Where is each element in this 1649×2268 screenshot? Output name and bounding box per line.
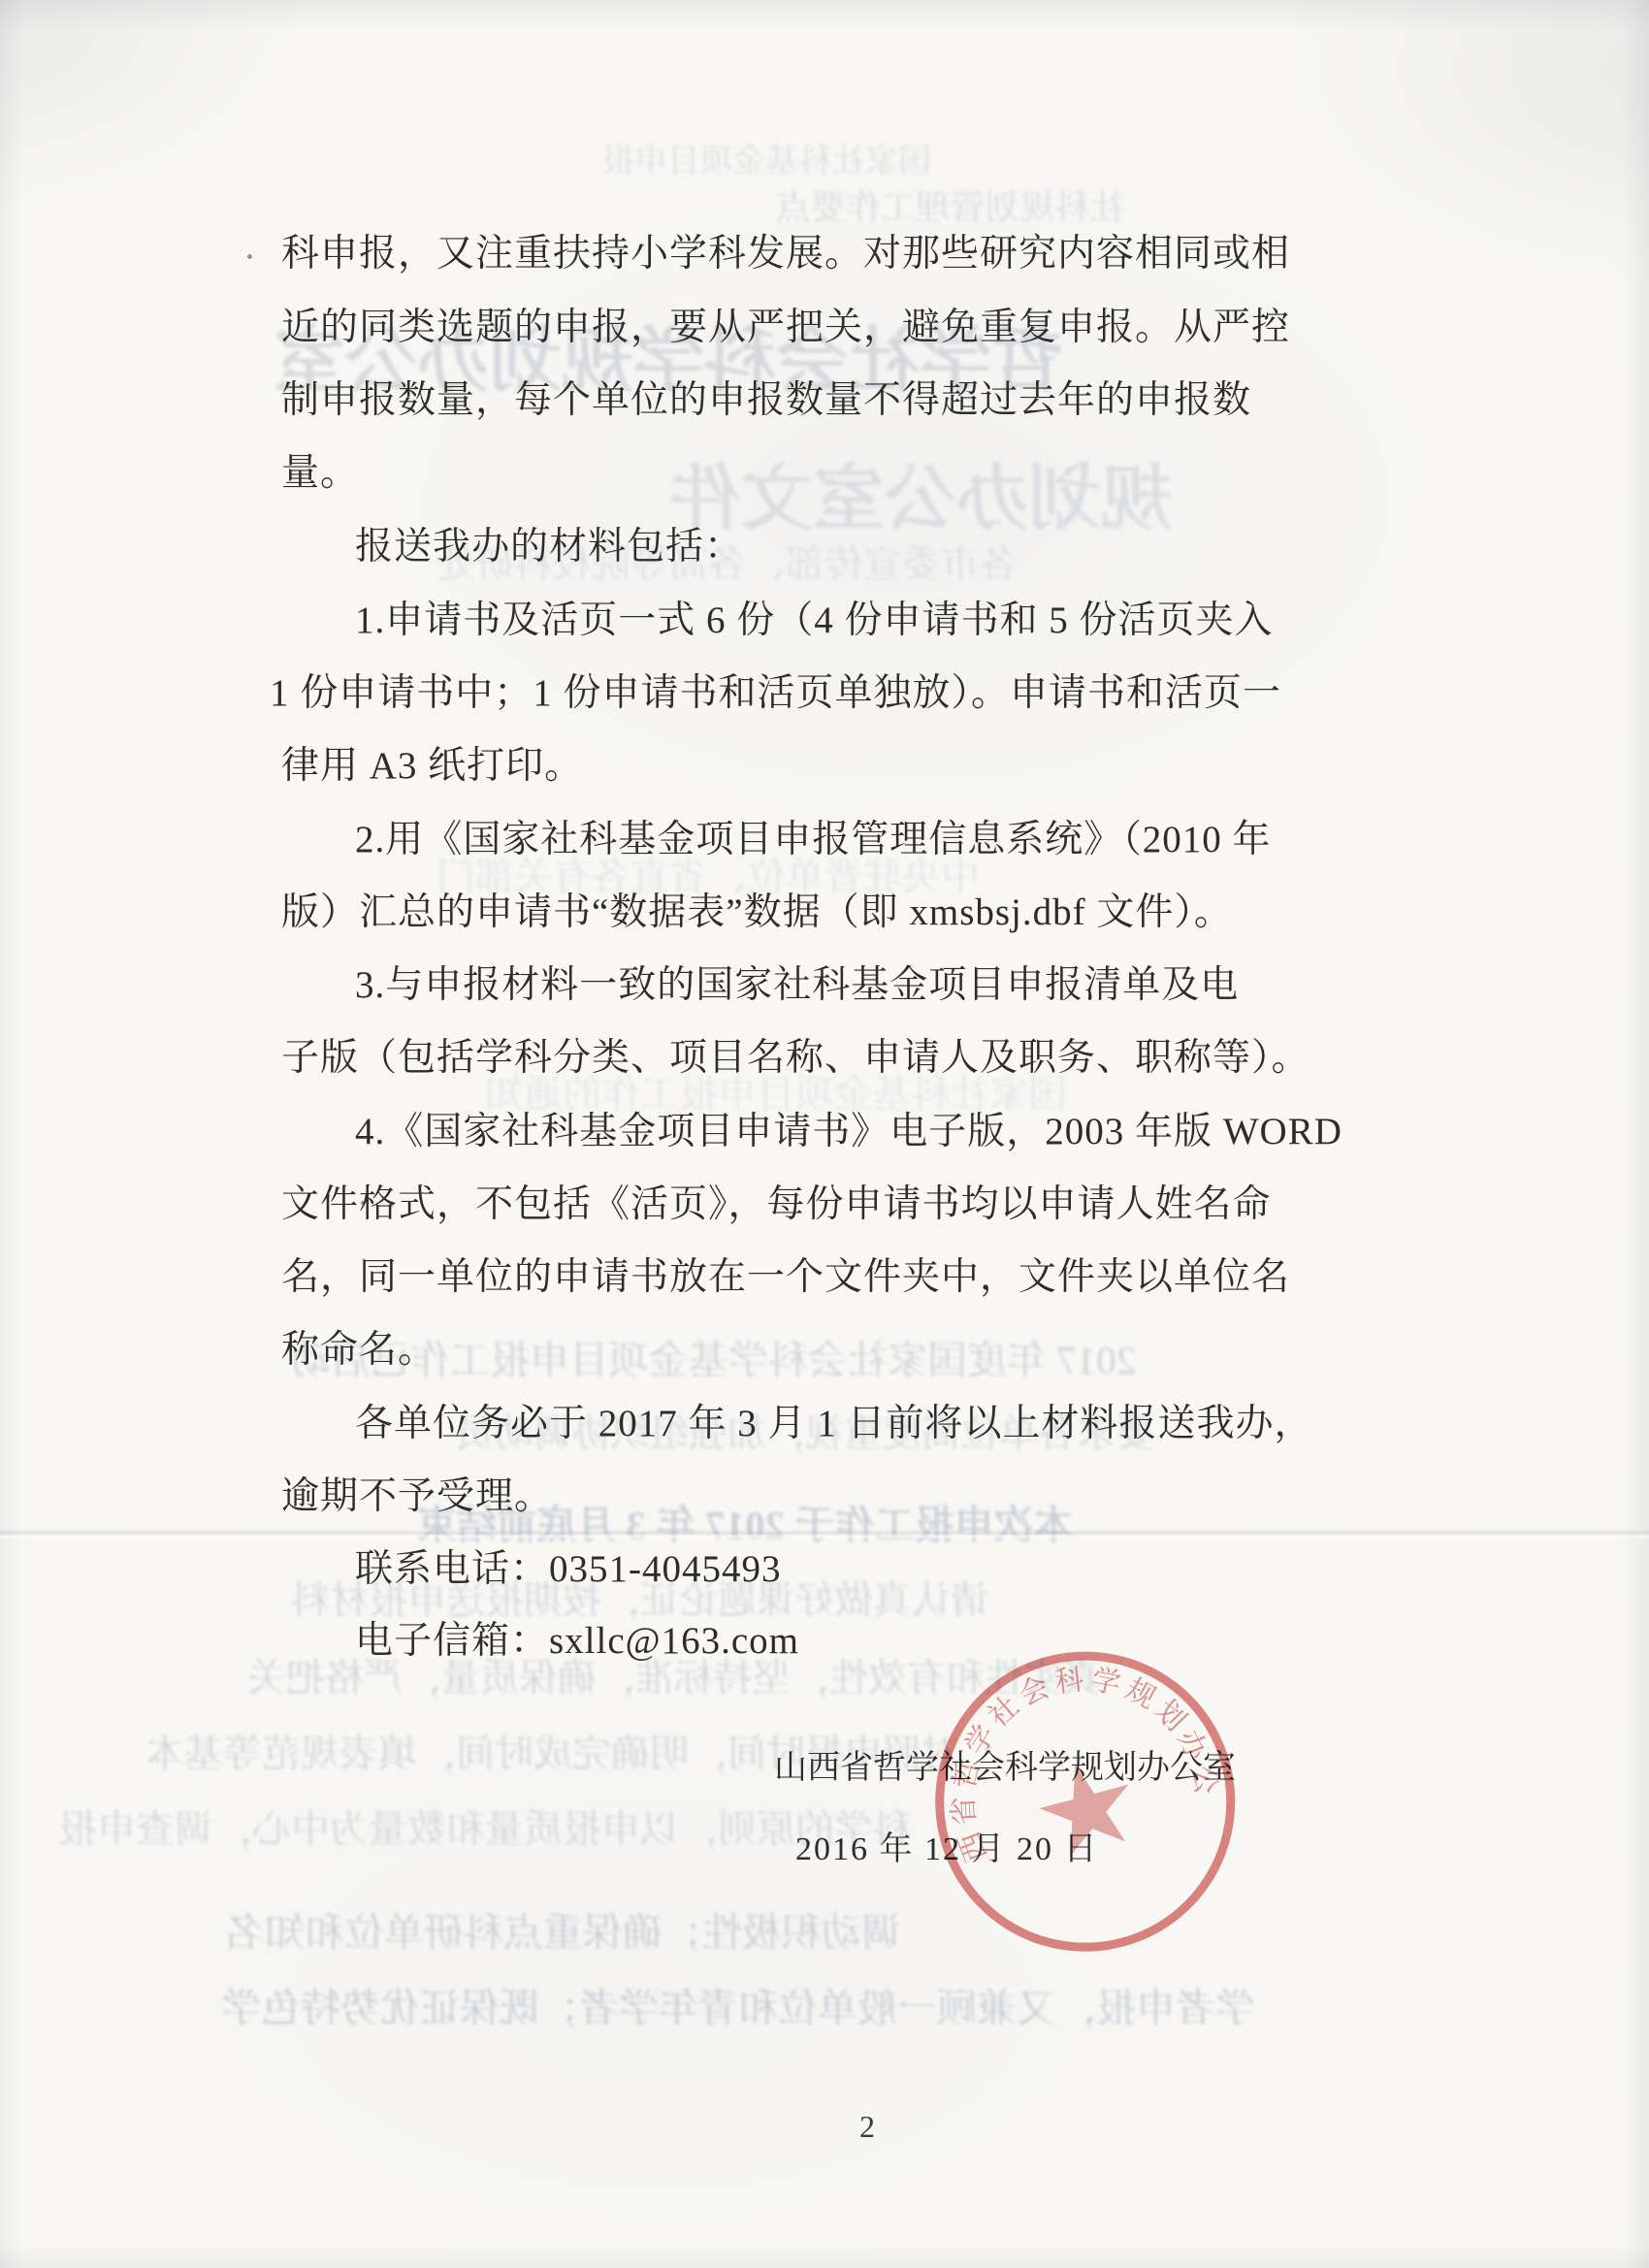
bleedthrough-line: 国家社科基金项目申报工作的通知 (485, 1075, 1067, 1114)
official-red-seal: 山西省哲学社会科学规划办公室 (892, 1612, 1280, 2000)
text-line: 近的同类选题的申报，要从严把关，避免重复申报。从严控 (281, 308, 1290, 346)
bleedthrough-line: 调动积极性；确保重点科研单位和知名 (225, 1913, 901, 1953)
text-line: 文件格式，不包括《活页》，每份申请书均以申请人姓名命 (281, 1185, 1272, 1223)
text-line: 子版（包括学科分类、项目名称、申请人及职务、职称等）。 (281, 1039, 1310, 1077)
paper-crease (0, 1529, 1649, 1540)
text-line: 各单位务必于 2017 年 3 月 1 日前将以上材料报送我办， (355, 1405, 1313, 1442)
page-number: 2 (859, 2111, 875, 2142)
seal-star-icon (1030, 1752, 1142, 1861)
text-line: 版）汇总的申请书“数据表”数据（即 xmsbsj.dbf 文件）。 (281, 893, 1233, 931)
text-line: 1 份申请书中；1 份申请书和活页单独放）。申请书和活页一 (270, 674, 1281, 712)
scanned-document-page: 国家社科基金项目申报社科规划管理工作要点哲学社会科学规划办公室规划办公室文件各市… (0, 0, 1649, 2268)
text-line: 1.申请书及活页一式 6 份（4 份申请书和 5 份活页夹入 (355, 601, 1274, 639)
text-line: 称命名。 (281, 1331, 436, 1369)
text-line: 名，同一单位的申请书放在一个文件夹中，文件夹以单位名 (281, 1258, 1290, 1296)
text-line: 2.用《国家社科基金项目申报管理信息系统》（2010 年 (355, 821, 1272, 859)
text-line: 量。 (281, 454, 359, 492)
text-line: 3.与申报材料一致的国家社科基金项目申报清单及电 (355, 966, 1239, 1004)
text-line: 联系电话：0351-4045493 (355, 1550, 782, 1588)
scan-speck (247, 254, 252, 259)
text-line: 报送我办的材料包括： (355, 528, 743, 566)
bleedthrough-line: 社科规划管理工作要点 (776, 190, 1125, 225)
text-line: 律用 A3 纸打印。 (281, 747, 583, 785)
text-line: 科申报，又注重扶持小学科发展。对那些研究内容相同或相 (281, 235, 1290, 273)
bleedthrough-line: 中央驻晋单位、省直各有关部门 (436, 858, 980, 896)
text-line: 电子信箱：sxllc@163.com (355, 1622, 799, 1660)
bleedthrough-line: 科学的原则，以申报质量和数量为中心，调查申报 (58, 1810, 912, 1849)
text-line: 逾期不予受理。 (281, 1477, 553, 1515)
text-line: 4.《国家社科基金项目申请书》电子版，2003 年版 WORD (355, 1113, 1342, 1150)
bleedthrough-line: 国家社科基金项目申报 (601, 146, 931, 178)
text-line: 制申报数量，每个单位的申报数量不得超过去年的申报数 (281, 381, 1251, 419)
bleedthrough-line: 规划办公室文件 (669, 464, 1172, 535)
